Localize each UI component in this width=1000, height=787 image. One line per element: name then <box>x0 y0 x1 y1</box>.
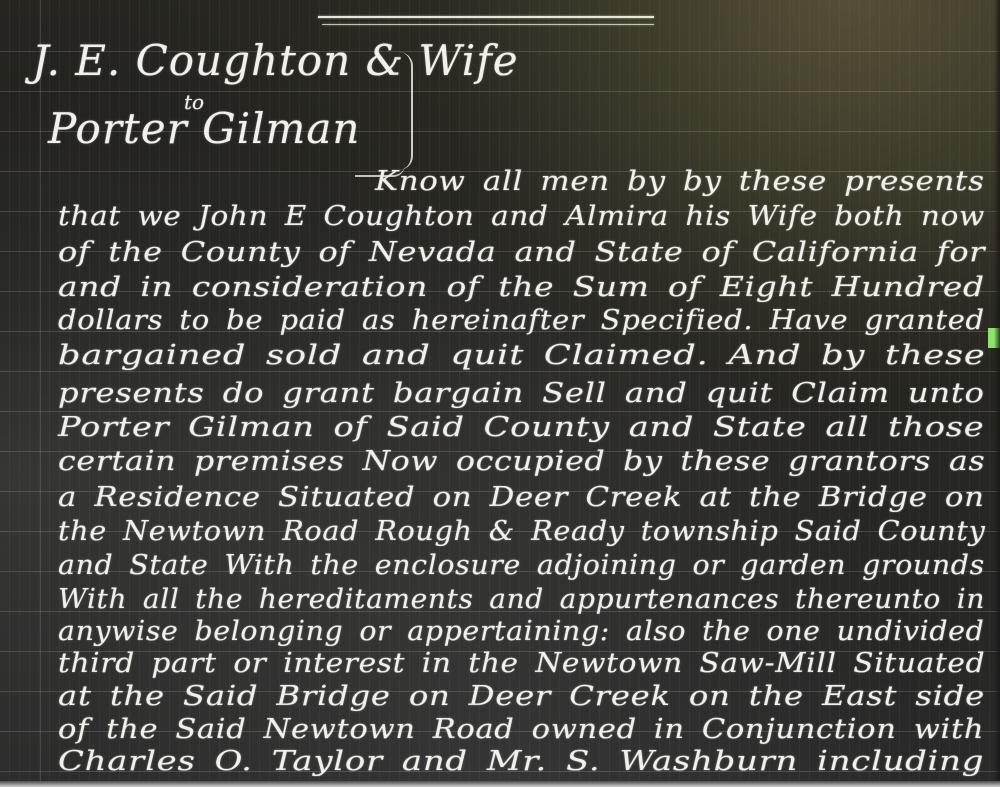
deed-line-18: Charles O. Taylor and Mr. S. Washburn in… <box>58 746 984 777</box>
deed-line-1: Know all men by by these presents <box>375 166 985 197</box>
deed-line-14: anywise belonging or appertaining: also … <box>58 616 984 647</box>
deed-line-9: certain premises Now occupied by these g… <box>58 446 985 477</box>
deed-line-3: of the County of Nevada and State of Cal… <box>58 237 985 268</box>
top-double-rule-lower <box>322 24 654 25</box>
deed-line-10: a Residence Situated on Deer Creek at th… <box>58 482 985 513</box>
deed-line-6: bargained sold and quit Claimed. And by … <box>58 340 985 371</box>
deed-line-2: that we John E Coughton and Almira his W… <box>58 201 985 232</box>
deed-line-12: and State With the enclosure adjoining o… <box>58 550 985 581</box>
page-bottom-edge <box>0 781 1000 787</box>
deed-line-13: With all the hereditaments and appurtena… <box>58 584 985 615</box>
deed-line-17: of the Said Newtown Road owned in Conjun… <box>58 714 984 745</box>
top-double-rule <box>318 16 654 18</box>
deed-line-11: the Newtown Road Rough & Ready township … <box>58 516 985 547</box>
heading-grantee: Porter Gilman <box>48 104 360 153</box>
deed-line-8: Porter Gilman of Said County and State a… <box>58 412 984 443</box>
heading-brace <box>395 52 413 170</box>
deed-line-16: at the Said Bridge on Deer Creek on the … <box>58 681 985 712</box>
deed-line-4: and in consideration of the Sum of Eight… <box>58 272 985 303</box>
deed-line-15: third part or interest in the Newtown Sa… <box>58 648 985 679</box>
heading-grantor: J. E. Coughton & Wife <box>32 36 519 85</box>
deed-line-5: dollars to be paid as hereinafter Specif… <box>58 305 985 336</box>
deed-line-7: presents do grant bargain Sell and quit … <box>58 378 985 409</box>
ledger-page: J. E. Coughton & Wife to Porter Gilman K… <box>0 0 1000 787</box>
page-right-edge <box>994 0 1000 787</box>
margin-line <box>40 0 41 787</box>
